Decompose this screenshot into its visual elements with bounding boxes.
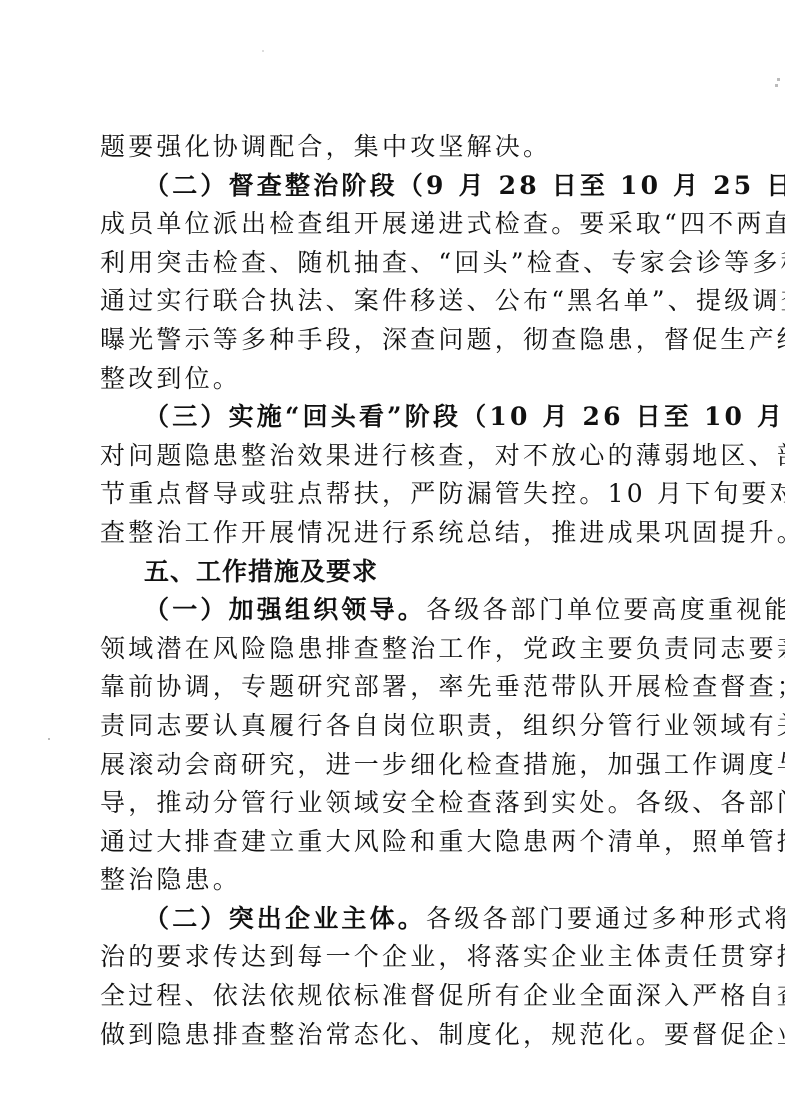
text-line: （二）督查整治阶段（9 月 28 日至 10 月 25 日）。市专委会 [100, 167, 710, 206]
text-line: 通过实行联合执法、案件移送、公布“黑名单”、提级调查、集中 [100, 282, 710, 321]
text-line: 节重点督导或驻点帮扶，严防漏管失控。10 月下旬要对整个排 [100, 475, 710, 514]
section-heading: 五、工作措施及要求 [100, 553, 710, 592]
body-text: 整改到位。 [100, 364, 241, 393]
body-text: 对问题隐患整治效果进行核查，对不放心的薄弱地区、部位和环 [100, 441, 785, 470]
scan-speck [777, 78, 780, 81]
bold-subheading: （三）实施“回头看”阶段（10 月 26 日至 10 月 31 日）。 [144, 402, 785, 431]
body-text: 各级各部门要通过多种形式将排查整 [426, 904, 785, 933]
document-page: 题要强化协调配合，集中攻坚解决。（二）督查整治阶段（9 月 28 日至 10 月… [100, 128, 710, 1054]
body-text: 通过实行联合执法、案件移送、公布“黑名单”、提级调查、集中 [100, 286, 785, 315]
body-text: 通过大排查建立重大风险和重大隐患两个清单，照单管控风险、 [100, 827, 785, 856]
text-line: （三）实施“回头看”阶段（10 月 26 日至 10 月 31 日）。 [100, 398, 710, 437]
body-text: 靠前协调，专题研究部署，率先垂范带队开展检查督查；其他负 [100, 672, 785, 701]
body-text: 各级各部门单位要高度重视能源电力 [426, 595, 785, 624]
body-text: 展滚动会商研究，进一步细化检查措施，加强工作调度与现场督 [100, 750, 785, 779]
text-line: 利用突击检查、随机抽查、“回头”检查、专家会诊等多种方式， [100, 244, 710, 283]
bold-subheading: （二）突出企业主体。 [144, 904, 426, 933]
text-line: 整改到位。 [100, 360, 710, 399]
scan-speck [48, 738, 50, 740]
text-line: 导，推动分管行业领域安全检查落到实处。各级、各部门都必须 [100, 784, 710, 823]
scan-speck [775, 84, 778, 87]
body-text: 曝光警示等多种手段，深查问题，彻查隐患，督促生产经营单位 [100, 325, 785, 354]
scan-speck [262, 50, 264, 52]
body-text: 全过程、依法依规依标准督促所有企业全面深入严格自查自改， [100, 981, 785, 1010]
body-text: 五、工作措施及要求 [144, 557, 378, 586]
text-line: 做到隐患排查整治常态化、制度化，规范化。要督促企业全面深 [100, 1016, 710, 1055]
body-text: 导，推动分管行业领域安全检查落到实处。各级、各部门都必须 [100, 788, 785, 817]
text-line: 通过大排查建立重大风险和重大隐患两个清单，照单管控风险、 [100, 823, 710, 862]
text-line: 成员单位派出检查组开展递进式检查。要采取“四不两直”方式， [100, 205, 710, 244]
body-text: 利用突击检查、随机抽查、“回头”检查、专家会诊等多种方式， [100, 248, 785, 277]
text-line: 领域潜在风险隐患排查整治工作，党政主要负责同志要亲力亲为、 [100, 630, 710, 669]
body-text: 成员单位派出检查组开展递进式检查。要采取“四不两直”方式， [100, 209, 785, 238]
body-text: 责同志要认真履行各自岗位职责，组织分管行业领域有关部门开 [100, 711, 785, 740]
text-line: 曝光警示等多种手段，深查问题，彻查隐患，督促生产经营单位 [100, 321, 710, 360]
body-text: 领域潜在风险隐患排查整治工作，党政主要负责同志要亲力亲为、 [100, 634, 785, 663]
bold-subheading: （二）督查整治阶段（9 月 28 日至 10 月 25 日）。 [144, 171, 785, 200]
text-line: 题要强化协调配合，集中攻坚解决。 [100, 128, 710, 167]
body-text: 题要强化协调配合，集中攻坚解决。 [100, 132, 551, 161]
text-line: 责同志要认真履行各自岗位职责，组织分管行业领域有关部门开 [100, 707, 710, 746]
body-text: 整治隐患。 [100, 865, 241, 894]
text-line: 整治隐患。 [100, 861, 710, 900]
text-line: 靠前协调，专题研究部署，率先垂范带队开展检查督查；其他负 [100, 668, 710, 707]
text-line: 展滚动会商研究，进一步细化检查措施，加强工作调度与现场督 [100, 746, 710, 785]
body-text: 治的要求传达到每一个企业，将落实企业主体责任贯穿排查整治 [100, 942, 785, 971]
text-line: 对问题隐患整治效果进行核查，对不放心的薄弱地区、部位和环 [100, 437, 710, 476]
text-line: 全过程、依法依规依标准督促所有企业全面深入严格自查自改， [100, 977, 710, 1016]
text-line: 治的要求传达到每一个企业，将落实企业主体责任贯穿排查整治 [100, 938, 710, 977]
body-text: 查整治工作开展情况进行系统总结，推进成果巩固提升。 [100, 518, 785, 547]
text-line: （一）加强组织领导。各级各部门单位要高度重视能源电力 [100, 591, 710, 630]
body-text: 做到隐患排查整治常态化、制度化，规范化。要督促企业全面深 [100, 1020, 785, 1049]
text-line: 查整治工作开展情况进行系统总结，推进成果巩固提升。 [100, 514, 710, 553]
text-line: （二）突出企业主体。各级各部门要通过多种形式将排查整 [100, 900, 710, 939]
bold-subheading: （一）加强组织领导。 [144, 595, 426, 624]
body-text: 节重点督导或驻点帮扶，严防漏管失控。10 月下旬要对整个排 [100, 479, 785, 508]
